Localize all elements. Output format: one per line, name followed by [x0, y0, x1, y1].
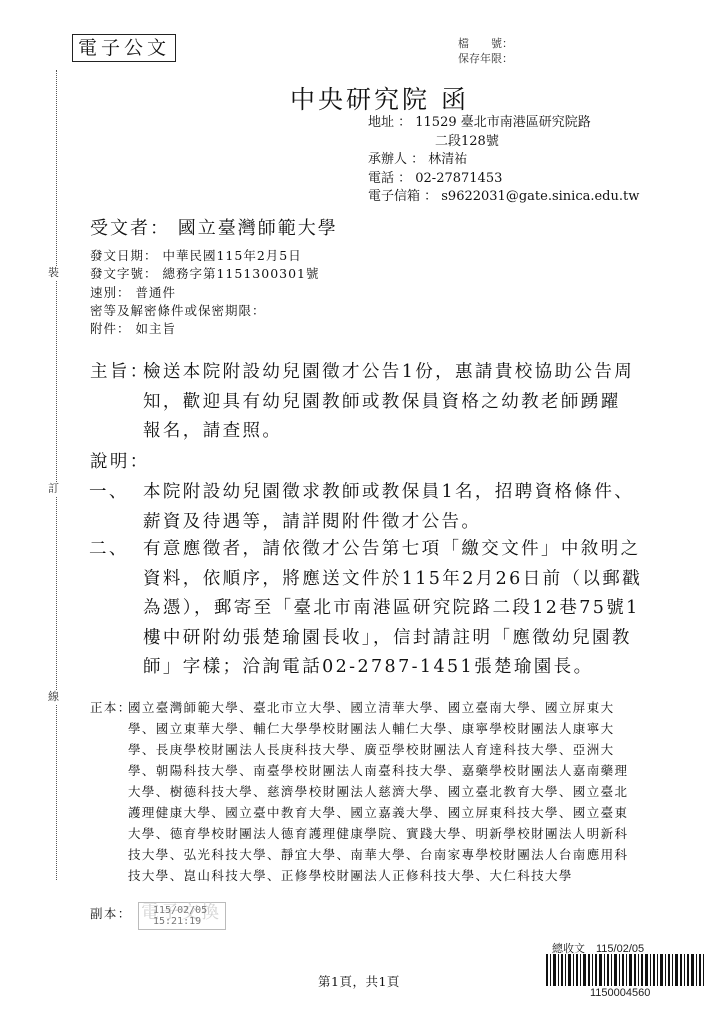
archive-info: 檔 號： 保存年限：: [458, 36, 513, 66]
subject-label: 主旨：: [90, 358, 150, 388]
item-number: 一、: [89, 478, 129, 508]
exchange-stamp-date: 115/02/05: [153, 905, 207, 916]
address-line-2: 二段128號: [368, 133, 639, 152]
file-number-label: 檔 號：: [458, 36, 513, 51]
email: 電子信箱 ： s9622031@gate.sinica.edu.tw: [368, 188, 639, 207]
security-level: 密等及解密條件或保密期限：: [90, 302, 320, 320]
electronic-document-stamp: 電子公文: [72, 34, 176, 62]
binding-line: [56, 70, 57, 880]
retention-label: 保存年限：: [458, 51, 513, 66]
cc-recipients: 國立臺灣師範大學、臺北市立大學、國立清華大學、國立臺南大學、國立屏東大學、國立東…: [128, 697, 640, 886]
recipient: 受文者： 國立臺灣師範大學: [90, 216, 338, 242]
page-number: 第1頁，共1頁: [318, 972, 400, 990]
cc-label: 正本：: [90, 697, 132, 718]
explanation-label: 說明：: [90, 448, 150, 477]
issue-date: 發文日期： 中華民國115年2月5日: [90, 247, 320, 265]
subject-text: 檢送本院附設幼兒園徵才公告1份，惠請貴校協助公告周知，歡迎具有幼兒園教師或教保員…: [143, 358, 640, 447]
speed-class: 速別： 普通件: [90, 284, 320, 302]
subject-section: 主旨： 檢送本院附設幼兒園徵才公告1份，惠請貴校協助公告周知，歡迎具有幼兒園教師…: [90, 358, 640, 447]
copy-label: 副本：: [90, 904, 132, 922]
attachment: 附件： 如主旨: [90, 320, 320, 338]
cc-section: 正本： 國立臺灣師範大學、臺北市立大學、國立清華大學、國立臺南大學、國立屏東大學…: [90, 697, 640, 886]
document-number: 發文字號： 總務字第1151300301號: [90, 265, 320, 283]
phone: 電話 ： 02-27871453: [368, 170, 639, 189]
item-text: 有意應徵者，請依徵才公告第七項「繳交文件」中敘明之資料，依順序，將應送文件於11…: [143, 535, 643, 683]
binding-mark-bottom: 線: [48, 690, 59, 704]
explanation-item: 一、 本院附設幼兒園徵求教師或教保員1名，招聘資格條件、薪資及待遇等，請詳閱附件…: [143, 478, 643, 537]
barcode-icon: [546, 954, 704, 986]
document-title: 中央研究院 函: [290, 84, 469, 116]
document-meta: 發文日期： 中華民國115年2月5日 發文字號： 總務字第1151300301號…: [90, 247, 320, 338]
item-text: 本院附設幼兒園徵求教師或教保員1名，招聘資格條件、薪資及待遇等，請詳閱附件徵才公…: [143, 478, 643, 537]
item-number: 二、: [89, 535, 129, 565]
explanation-item: 二、 有意應徵者，請依徵才公告第七項「繳交文件」中敘明之資料，依順序，將應送文件…: [143, 535, 643, 683]
handler: 承辦人 ： 林清祐: [368, 151, 639, 170]
sender-contact: 地址 ： 11529 臺北市南港區研究院路 二段128號 承辦人 ： 林清祐 電…: [368, 114, 639, 207]
binding-mark-middle: 訂: [48, 482, 59, 496]
exchange-stamp-time: 15:21:19: [153, 916, 207, 927]
exchange-stamp: 電子交換 115/02/05 15:21:19: [138, 902, 226, 930]
address-line-1: 地址 ： 11529 臺北市南港區研究院路: [368, 114, 639, 133]
binding-mark-top: 裝: [48, 266, 59, 280]
barcode-number: 1150004560: [590, 987, 650, 999]
exchange-stamp-text: 115/02/05 15:21:19: [153, 905, 207, 927]
